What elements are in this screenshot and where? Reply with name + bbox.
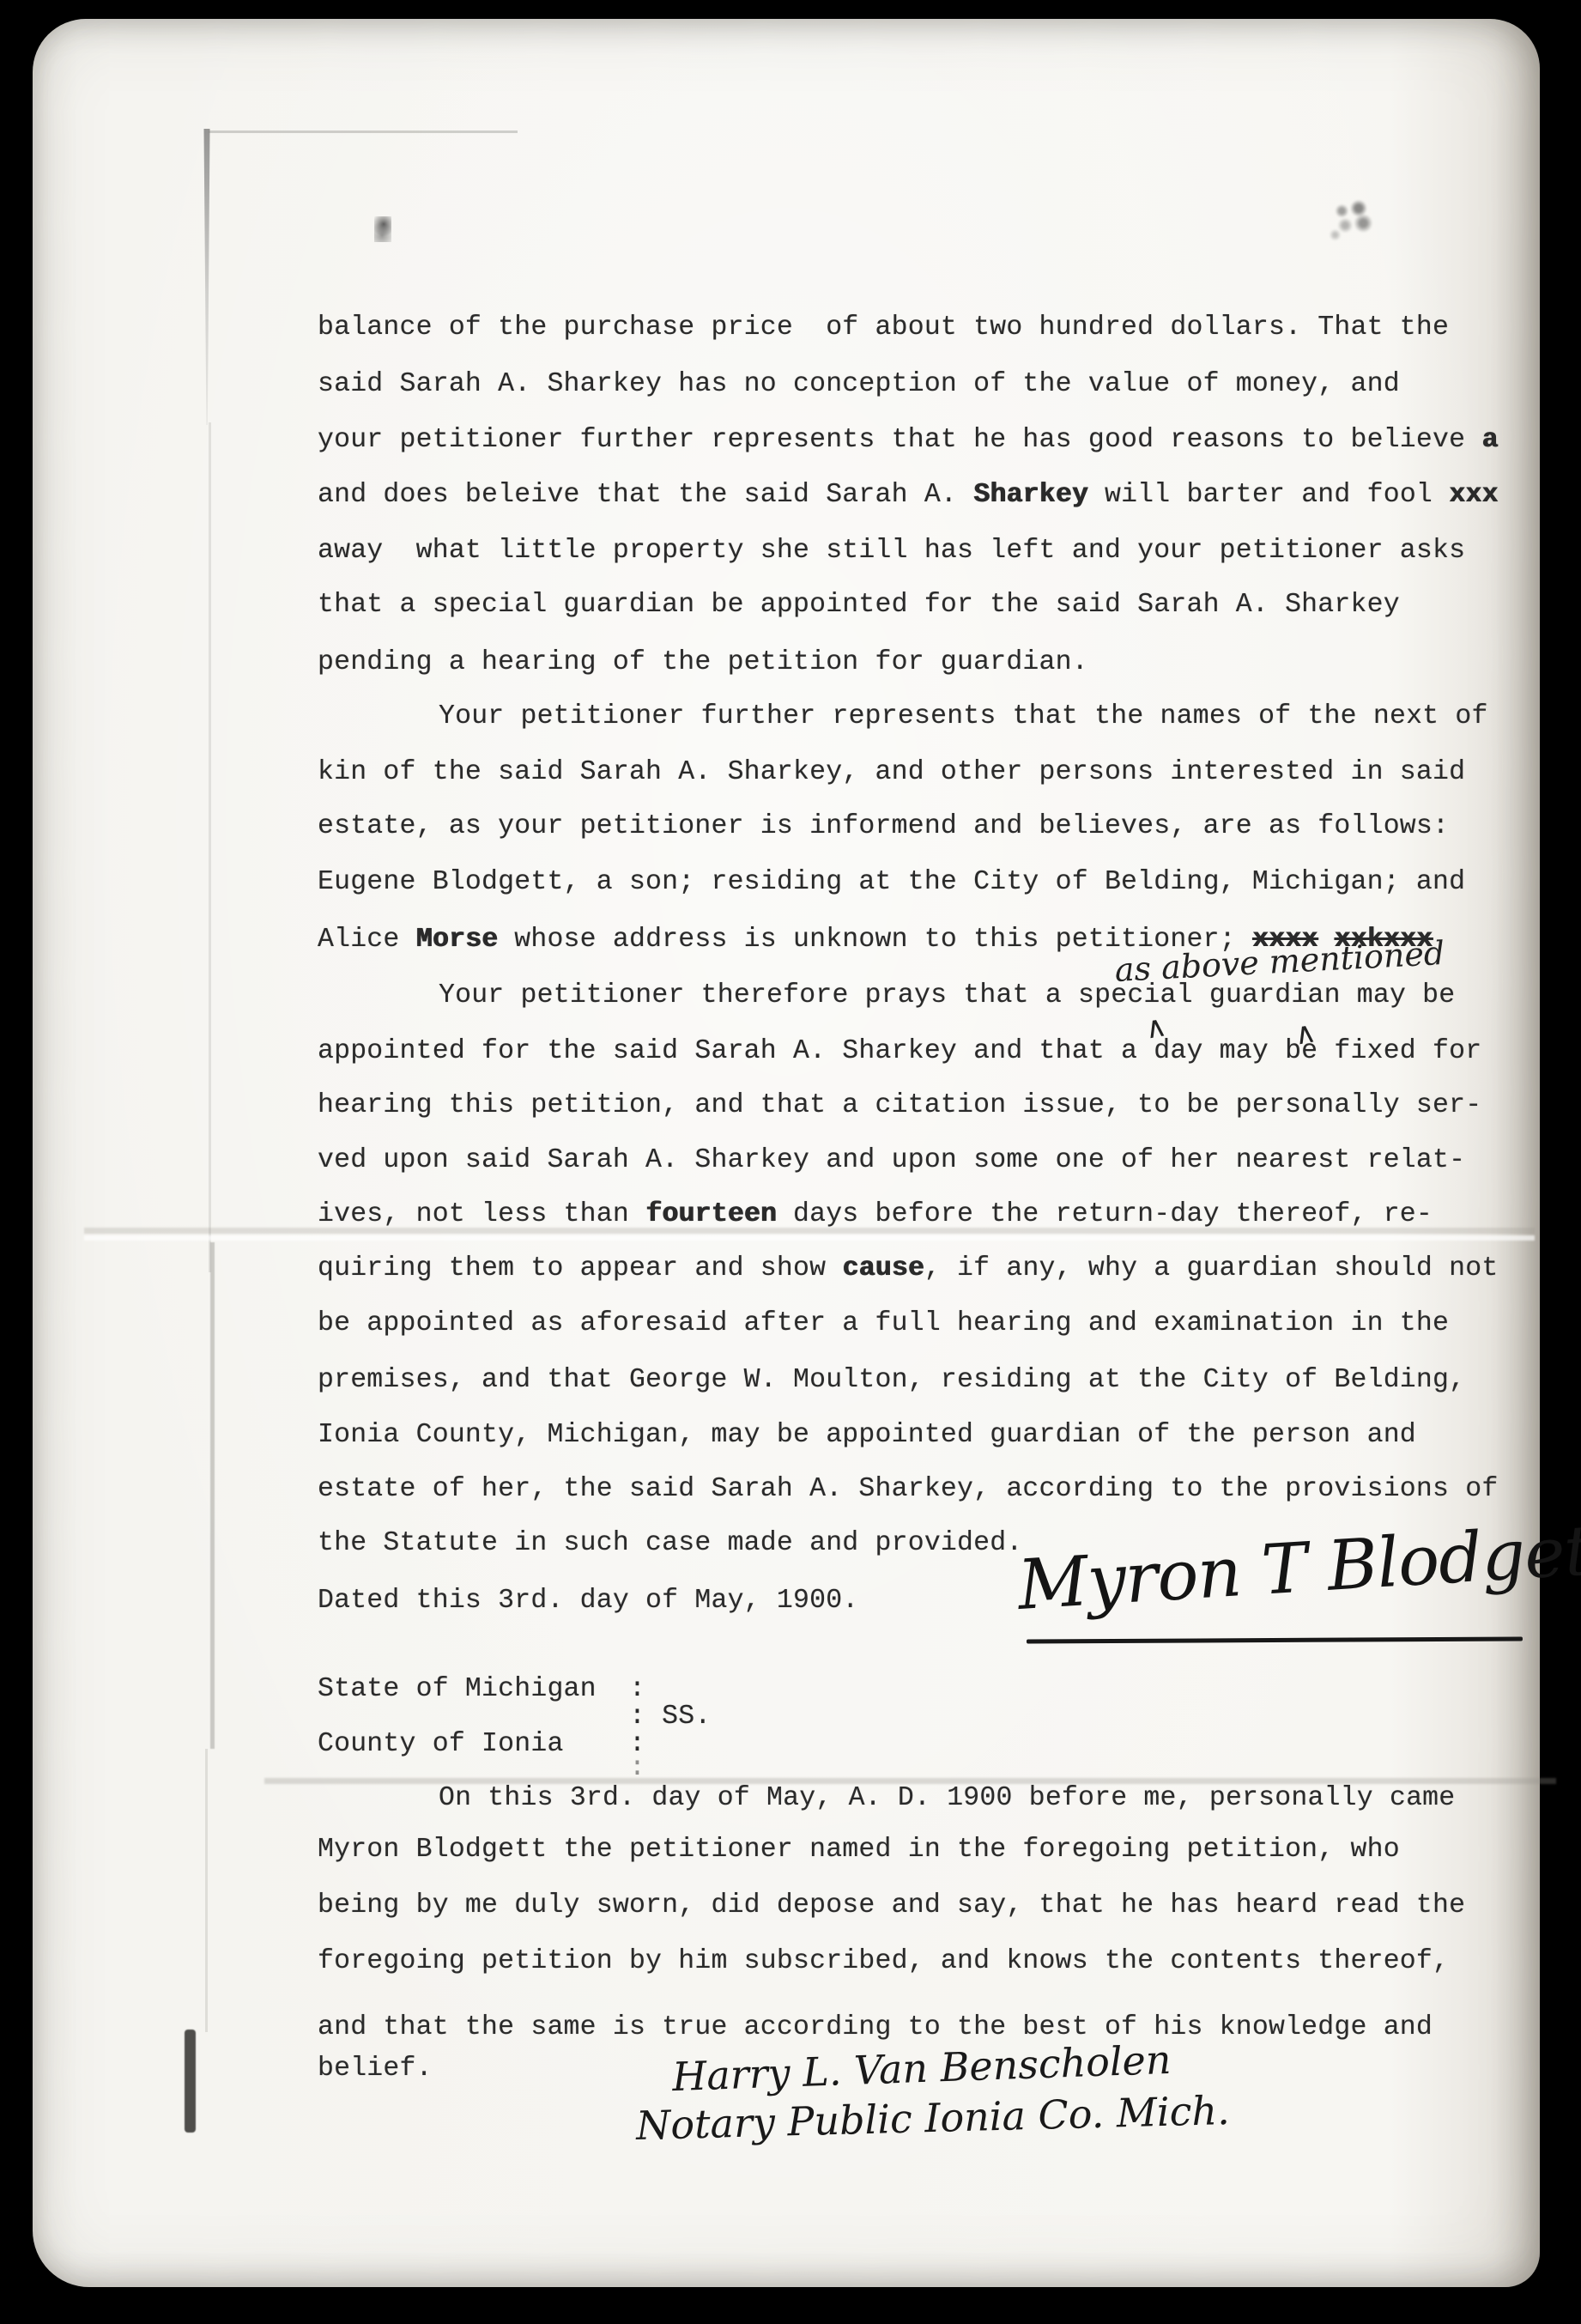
typed-line-26: : SS. [318, 1702, 711, 1732]
typed-segment: On this 3rd. day of May, A. D. 1900 befo… [439, 1783, 1455, 1813]
typed-line-16: ved upon said Sarah A. Sharkey and upon … [318, 1145, 1465, 1176]
typed-segment: balance of the purchase price of about t… [318, 312, 1449, 343]
typed-segment: being by me duly sworn, did depose and s… [318, 1890, 1465, 1920]
faint-smudge-top-left [374, 216, 391, 242]
typed-line-19: be appointed as aforesaid after a full h… [318, 1308, 1449, 1339]
typed-segment: Morse [416, 925, 499, 955]
typed-line-22: estate of her, the said Sarah A. Sharkey… [318, 1474, 1498, 1505]
typed-segment: estate of her, the said Sarah A. Sharkey… [318, 1474, 1498, 1504]
typed-line-3: your petitioner further represents that … [318, 425, 1498, 456]
typed-line-31: being by me duly sworn, did depose and s… [318, 1890, 1465, 1921]
typed-segment: days before the return-day thereof, re- [777, 1199, 1433, 1229]
typed-line-21: Ionia County, Michigan, may be appointed… [318, 1420, 1416, 1451]
typed-line-28: : [318, 1753, 645, 1784]
typed-segment: Your petitioner further represents that … [439, 701, 1488, 731]
typed-line-33: and that the same is true according to t… [318, 2012, 1433, 2043]
typed-segment: : [318, 1753, 645, 1783]
typed-segment: Your petitioner therefore prays that a s… [439, 980, 1455, 1010]
vertical-crease-lower [205, 1749, 208, 2032]
document-page: balance of the purchase price of about t… [33, 19, 1540, 2287]
typed-segment: ved upon said Sarah A. Sharkey and upon … [318, 1145, 1465, 1175]
typed-line-29: On this 3rd. day of May, A. D. 1900 befo… [439, 1783, 1455, 1814]
typed-line-34: belief. [318, 2054, 433, 2084]
typed-line-18: quiring them to appear and show cause, i… [318, 1253, 1498, 1284]
petitioner-signature: Myron T Blodgett [1015, 1508, 1581, 1625]
typed-line-6: that a special guardian be appointed for… [318, 590, 1400, 621]
typed-segment: said Sarah A. Sharkey has no conception … [318, 369, 1400, 399]
typed-line-25: State of Michigan : [318, 1674, 645, 1705]
vertical-crease-top [201, 129, 213, 425]
typed-segment: will barter and fool [1088, 480, 1449, 510]
typed-segment: a [1481, 425, 1498, 455]
typed-line-15: hearing this petition, and that a citati… [318, 1090, 1481, 1121]
typed-segment: Eugene Blodgett, a son; residing at the … [318, 867, 1465, 897]
typed-line-20: premises, and that George W. Moulton, re… [318, 1365, 1465, 1396]
typed-line-5: away what little property she still has … [318, 536, 1465, 567]
typed-segment: pending a hearing of the petition for gu… [318, 647, 1088, 677]
typed-segment: and that the same is true according to t… [318, 2012, 1433, 2042]
typed-segment: quiring them to appear and show [318, 1253, 842, 1283]
typed-segment: your petitioner further represents that … [318, 425, 1481, 455]
typed-segment: State of Michigan : [318, 1674, 645, 1704]
typed-segment: estate, as your petitioner is informend … [318, 811, 1449, 841]
typed-line-23: the Statute in such case made and provid… [318, 1528, 1022, 1559]
typed-segment: that a special guardian be appointed for… [318, 590, 1400, 620]
vertical-crease-middle [210, 1242, 215, 1749]
typed-segment: the Statute in such case made and provid… [318, 1528, 1022, 1558]
typed-segment: Ionia County, Michigan, may be appointed… [318, 1420, 1416, 1450]
typed-segment: ives, not less than [318, 1199, 645, 1229]
typed-line-7: pending a hearing of the petition for gu… [318, 647, 1088, 678]
typed-segment: xxx [1449, 480, 1498, 510]
typed-segment: belief. [318, 2054, 433, 2084]
typed-segment: Alice [318, 925, 416, 955]
signature-underline [1027, 1636, 1523, 1643]
typed-line-11: Eugene Blodgett, a son; residing at the … [318, 867, 1465, 898]
typed-segment: away what little property she still has … [318, 536, 1465, 566]
typed-segment: Myron Blodgett the petitioner named in t… [318, 1835, 1400, 1865]
typed-segment: : SS. [318, 1702, 711, 1732]
typed-line-32: foregoing petition by him subscribed, an… [318, 1946, 1449, 1977]
typed-segment: Sharkey [973, 480, 1088, 510]
typed-line-10: estate, as your petitioner is informend … [318, 811, 1449, 842]
typed-line-13: Your petitioner therefore prays that a s… [439, 980, 1455, 1011]
typed-segment: , if any, why a guardian should not [924, 1253, 1499, 1283]
typed-line-8: Your petitioner further represents that … [439, 701, 1488, 732]
typed-segment: kin of the said Sarah A. Sharkey, and ot… [318, 757, 1465, 787]
typed-line-17: ives, not less than fourteen days before… [318, 1199, 1433, 1230]
horizontal-mark-top [209, 130, 518, 133]
horizontal-fold-highlight-1 [84, 1235, 1535, 1241]
typed-line-1: balance of the purchase price of about t… [318, 312, 1449, 343]
typed-segment: fourteen [645, 1199, 777, 1229]
typed-segment: Dated this 3rd. day of May, 1900. [318, 1586, 858, 1616]
typed-line-24: Dated this 3rd. day of May, 1900. [318, 1586, 858, 1617]
typed-segment: and does beleive that the said Sarah A. [318, 480, 973, 510]
typed-line-4: and does beleive that the said Sarah A. … [318, 480, 1498, 511]
typed-segment: hearing this petition, and that a citati… [318, 1090, 1481, 1120]
scan-background: balance of the purchase price of about t… [0, 0, 1581, 2324]
vertical-crease-bottom-dark [185, 2030, 196, 2133]
typed-line-2: said Sarah A. Sharkey has no conception … [318, 369, 1400, 400]
typed-segment: be appointed as aforesaid after a full h… [318, 1308, 1449, 1338]
typed-line-30: Myron Blodgett the petitioner named in t… [318, 1835, 1400, 1866]
typed-segment: cause [842, 1253, 924, 1283]
typed-segment: foregoing petition by him subscribed, an… [318, 1946, 1449, 1976]
typed-segment: premises, and that George W. Moulton, re… [318, 1365, 1465, 1395]
typed-line-9: kin of the said Sarah A. Sharkey, and ot… [318, 757, 1465, 788]
vertical-crease-upper [209, 422, 211, 1272]
faint-smudge-top-right [1322, 192, 1389, 246]
